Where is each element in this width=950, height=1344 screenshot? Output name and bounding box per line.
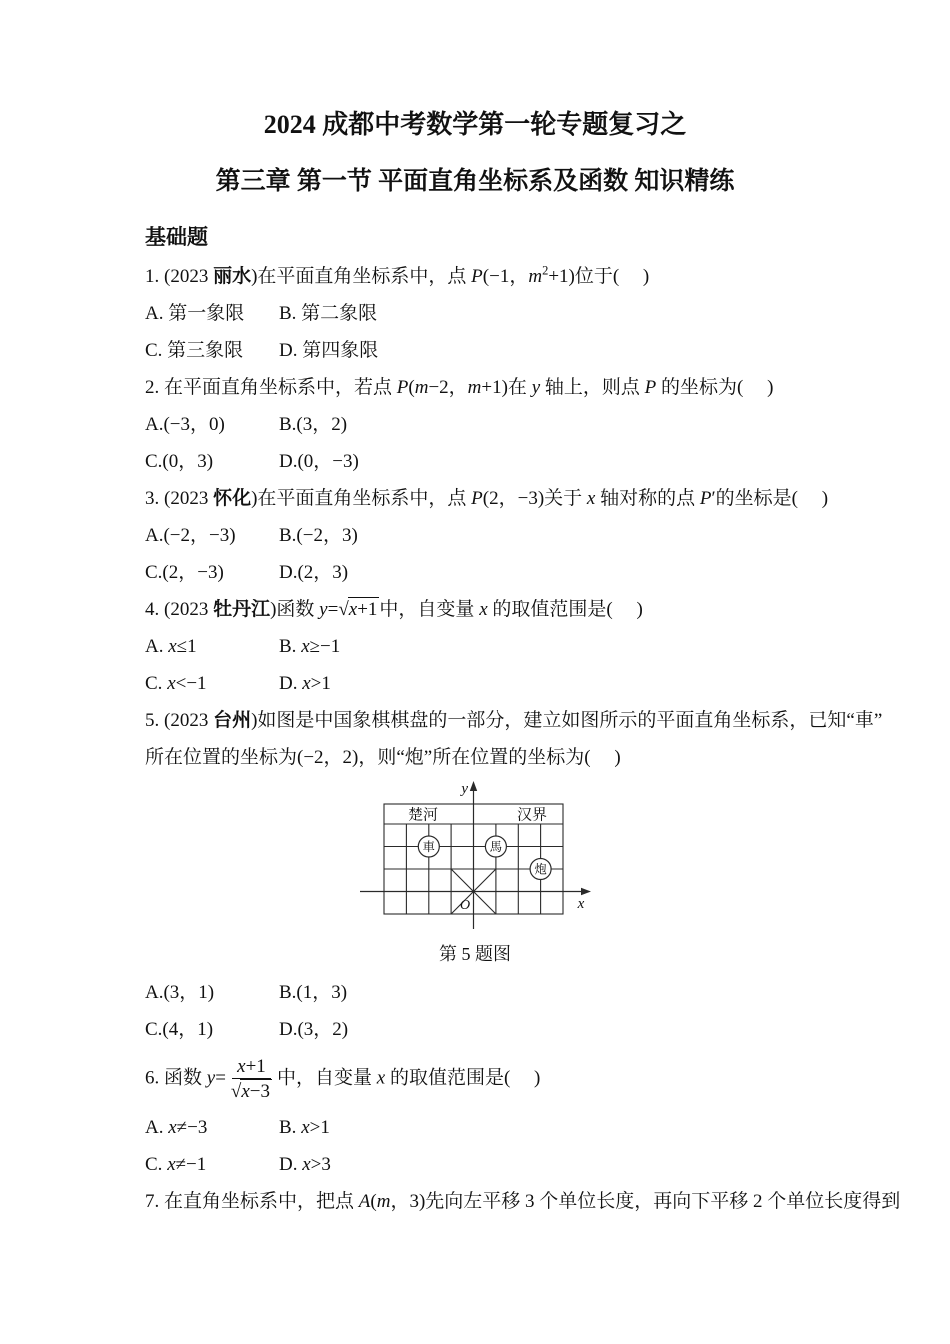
question-5-figure: 車 馬 炮 楚河 汉界 y x O [0, 780, 950, 940]
question-7-stem: 7. 在直角坐标系中，把点 A(m，3)先向左平移 3 个单位长度，再向下平移 … [145, 1191, 805, 1213]
worksheet-page: 2024 成都中考数学第一轮专题复习之 第三章 第一节 平面直角坐标系及函数 知… [0, 0, 950, 1344]
question-4-options-cd: C. x<−1 D. x>1 [145, 673, 805, 695]
question-2-options-cd: C.(0，3) D.(0，−3) [145, 451, 805, 473]
question-1-option-b: B. 第二象限 [279, 303, 413, 325]
question-2-option-a: A.(−3，0) [145, 414, 279, 436]
question-5-options-cd: C.(4，1) D.(3，2) [145, 1019, 805, 1041]
river-right-label: 汉界 [517, 807, 547, 824]
question-6-options-ab: A. x≠−3 B. x>1 [145, 1117, 805, 1139]
question-3-option-c: C.(2，−3) [145, 562, 279, 584]
question-6-options-cd: C. x≠−1 D. x>3 [145, 1154, 805, 1176]
question-3: 3. (2023 怀化)在平面直角坐标系中，点 P(2，−3)关于 x 轴对称的… [145, 488, 805, 584]
river-left-label: 楚河 [408, 807, 438, 824]
question-5-option-d: D.(3，2) [279, 1019, 413, 1041]
question-1-options-ab: A. 第一象限 B. 第二象限 [145, 303, 805, 325]
question-list: 1. (2023 丽水)在平面直角坐标系中，点 P(−1，m2+1)位于( ) … [145, 266, 805, 1213]
axes [360, 788, 583, 929]
piece-ma-label: 馬 [490, 840, 503, 854]
question-3-option-d: D.(2，3) [279, 562, 413, 584]
pieces: 車 馬 炮 [418, 836, 551, 880]
question-1-option-d: D. 第四象限 [279, 340, 413, 362]
question-3-option-a: A.(−2，−3) [145, 525, 279, 547]
question-5-option-a: A.(3，1) [145, 982, 279, 1004]
question-2: 2. 在平面直角坐标系中，若点 P(m−2，m+1)在 y 轴上，则点 P 的坐… [145, 377, 805, 473]
x-axis-label: x [577, 896, 585, 912]
question-5-option-b: B.(1，3) [279, 982, 413, 1004]
question-6: 6. 函数 y=x+1√x−3中，自变量 x 的取值范围是( ) A. x≠−3… [145, 1056, 805, 1176]
question-1: 1. (2023 丽水)在平面直角坐标系中，点 P(−1，m2+1)位于( ) … [145, 266, 805, 362]
question-3-options-ab: A.(−2，−3) B.(−2，3) [145, 525, 805, 547]
question-6-option-c: C. x≠−1 [145, 1154, 279, 1176]
question-6-option-d: D. x>3 [279, 1154, 413, 1176]
question-1-options-cd: C. 第三象限 D. 第四象限 [145, 340, 805, 362]
question-3-option-b: B.(−2，3) [279, 525, 413, 547]
origin-label: O [460, 898, 470, 913]
question-4-option-c: C. x<−1 [145, 673, 279, 695]
question-4-stem: 4. (2023 牡丹江)函数 y=√x+1中，自变量 x 的取值范围是( ) [145, 599, 805, 621]
question-4-option-b: B. x≥−1 [279, 636, 413, 658]
y-axis-arrow [470, 781, 477, 791]
question-3-options-cd: C.(2，−3) D.(2，3) [145, 562, 805, 584]
y-axis-label: y [459, 781, 468, 797]
question-7: 7. 在直角坐标系中，把点 A(m，3)先向左平移 3 个单位长度，再向下平移 … [145, 1191, 805, 1213]
doc-title-line1: 2024 成都中考数学第一轮专题复习之 [0, 108, 950, 142]
question-2-option-b: B.(3，2) [279, 414, 413, 436]
question-3-stem: 3. (2023 怀化)在平面直角坐标系中，点 P(2，−3)关于 x 轴对称的… [145, 488, 805, 510]
section-heading: 基础题 [145, 224, 950, 252]
x-axis-arrow [581, 888, 591, 895]
question-1-option-c: C. 第三象限 [145, 340, 279, 362]
question-5-stem-line1: 5. (2023 台州)如图是中国象棋棋盘的一部分，建立如图所示的平面直角坐标系… [145, 710, 805, 732]
question-5-stem-line2: 所在位置的坐标为(−2，2)，则“炮”所在位置的坐标为( ) [145, 747, 805, 769]
question-4-option-d: D. x>1 [279, 673, 413, 695]
question-2-option-d: D.(0，−3) [279, 451, 413, 473]
question-2-options-ab: A.(−3，0) B.(3，2) [145, 414, 805, 436]
question-2-stem: 2. 在平面直角坐标系中，若点 P(m−2，m+1)在 y 轴上，则点 P 的坐… [145, 377, 805, 399]
question-4: 4. (2023 牡丹江)函数 y=√x+1中，自变量 x 的取值范围是( ) … [145, 599, 805, 695]
question-2-option-c: C.(0，3) [145, 451, 279, 473]
question-5: 5. (2023 台州)如图是中国象棋棋盘的一部分，建立如图所示的平面直角坐标系… [145, 710, 805, 1041]
question-6-option-a: A. x≠−3 [145, 1117, 279, 1139]
question-1-option-a: A. 第一象限 [145, 303, 279, 325]
question-4-option-a: A. x≤1 [145, 636, 279, 658]
piece-che-label: 車 [423, 840, 436, 854]
question-4-options-ab: A. x≤1 B. x≥−1 [145, 636, 805, 658]
question-5-option-c: C.(4，1) [145, 1019, 279, 1041]
doc-title-line2: 第三章 第一节 平面直角坐标系及函数 知识精练 [0, 166, 950, 198]
question-1-stem: 1. (2023 丽水)在平面直角坐标系中，点 P(−1，m2+1)位于( ) [145, 266, 805, 288]
piece-pao-label: 炮 [534, 862, 547, 877]
question-6-option-b: B. x>1 [279, 1117, 413, 1139]
chessboard-figure: 車 馬 炮 楚河 汉界 y x O [355, 780, 595, 940]
question-5-options-ab: A.(3，1) B.(1，3) [145, 982, 805, 1004]
question-6-stem: 6. 函数 y=x+1√x−3中，自变量 x 的取值范围是( ) [145, 1056, 805, 1102]
figure-caption: 第 5 题图 [0, 942, 950, 966]
